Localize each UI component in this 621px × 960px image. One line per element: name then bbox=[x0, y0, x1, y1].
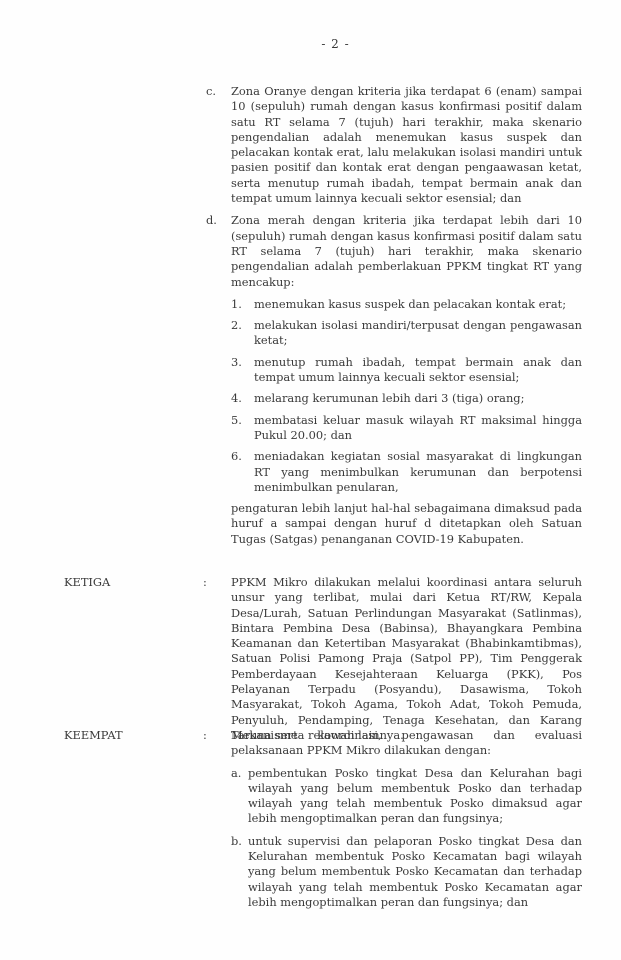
list-marker: 1. bbox=[231, 297, 242, 312]
list-item-text: melarang kerumunan lebih dari 3 (tiga) o… bbox=[254, 391, 582, 406]
section-ketiga-text: PPKM Mikro dilakukan melalui koordinasi … bbox=[231, 575, 582, 743]
list-item-text: menemukan kasus suspek dan pelacakan kon… bbox=[254, 297, 582, 312]
numbered-item-5: 5. membatasi keluar masuk wilayah RT mak… bbox=[231, 413, 582, 444]
list-item-text: Zona Oranye dengan kriteria jika terdapa… bbox=[231, 84, 582, 206]
closing-paragraph: pengaturan lebih lanjut hal-hal sebagaim… bbox=[231, 501, 582, 547]
numbered-list: 1. menemukan kasus suspek dan pelacakan … bbox=[231, 297, 582, 495]
section-label-keempat: KEEMPAT bbox=[64, 728, 123, 743]
keempat-item-a: a. pembentukan Posko tingkat Desa dan Ke… bbox=[231, 766, 582, 827]
list-marker: 3. bbox=[231, 355, 242, 370]
list-marker: 5. bbox=[231, 413, 242, 428]
list-item-text: meniadakan kegiatan sosial masyarakat di… bbox=[254, 449, 582, 495]
list-marker: a. bbox=[231, 766, 241, 781]
list-item-c: c. Zona Oranye dengan kriteria jika terd… bbox=[206, 84, 582, 206]
keempat-intro: Mekanisme koordinasi, pengawasan dan eva… bbox=[231, 728, 582, 759]
section-colon: : bbox=[203, 728, 207, 743]
numbered-item-2: 2. melakukan isolasi mandiri/terpusat de… bbox=[231, 318, 582, 349]
keempat-item-b: b. untuk supervisi dan pelaporan Posko t… bbox=[231, 834, 582, 910]
numbered-item-3: 3. menutup rumah ibadah, tempat bermain … bbox=[231, 355, 582, 386]
numbered-item-6: 6. meniadakan kegiatan sosial masyarakat… bbox=[231, 449, 582, 495]
list-item-text: pembentukan Posko tingkat Desa dan Kelur… bbox=[248, 766, 582, 827]
list-marker: b. bbox=[231, 834, 242, 849]
list-marker: 6. bbox=[231, 449, 242, 464]
document-page: - 2 - c. Zona Oranye dengan kriteria jik… bbox=[0, 0, 621, 960]
list-marker: 4. bbox=[231, 391, 242, 406]
list-item-text: untuk supervisi dan pelaporan Posko ting… bbox=[248, 834, 582, 910]
page-number: - 2 - bbox=[0, 37, 621, 51]
list-marker: d. bbox=[206, 213, 217, 228]
list-marker: 2. bbox=[231, 318, 242, 333]
list-marker: c. bbox=[206, 84, 216, 99]
list-item-text: membatasi keluar masuk wilayah RT maksim… bbox=[254, 413, 582, 444]
numbered-item-4: 4. melarang kerumunan lebih dari 3 (tiga… bbox=[231, 391, 582, 406]
zone-criteria-list: c. Zona Oranye dengan kriteria jika terd… bbox=[206, 84, 582, 554]
ketiga-paragraph: PPKM Mikro dilakukan melalui koordinasi … bbox=[231, 575, 582, 743]
section-keempat-text: Mekanisme koordinasi, pengawasan dan eva… bbox=[231, 728, 582, 910]
section-label-ketiga: KETIGA bbox=[64, 575, 110, 590]
numbered-item-1: 1. menemukan kasus suspek dan pelacakan … bbox=[231, 297, 582, 312]
list-item-text: menutup rumah ibadah, tempat bermain ana… bbox=[254, 355, 582, 386]
list-item-d: d. Zona merah dengan kriteria jika terda… bbox=[206, 213, 582, 547]
list-item-text: Zona merah dengan kriteria jika terdapat… bbox=[231, 213, 582, 289]
section-colon: : bbox=[203, 575, 207, 590]
list-item-text: melakukan isolasi mandiri/terpusat denga… bbox=[254, 318, 582, 349]
